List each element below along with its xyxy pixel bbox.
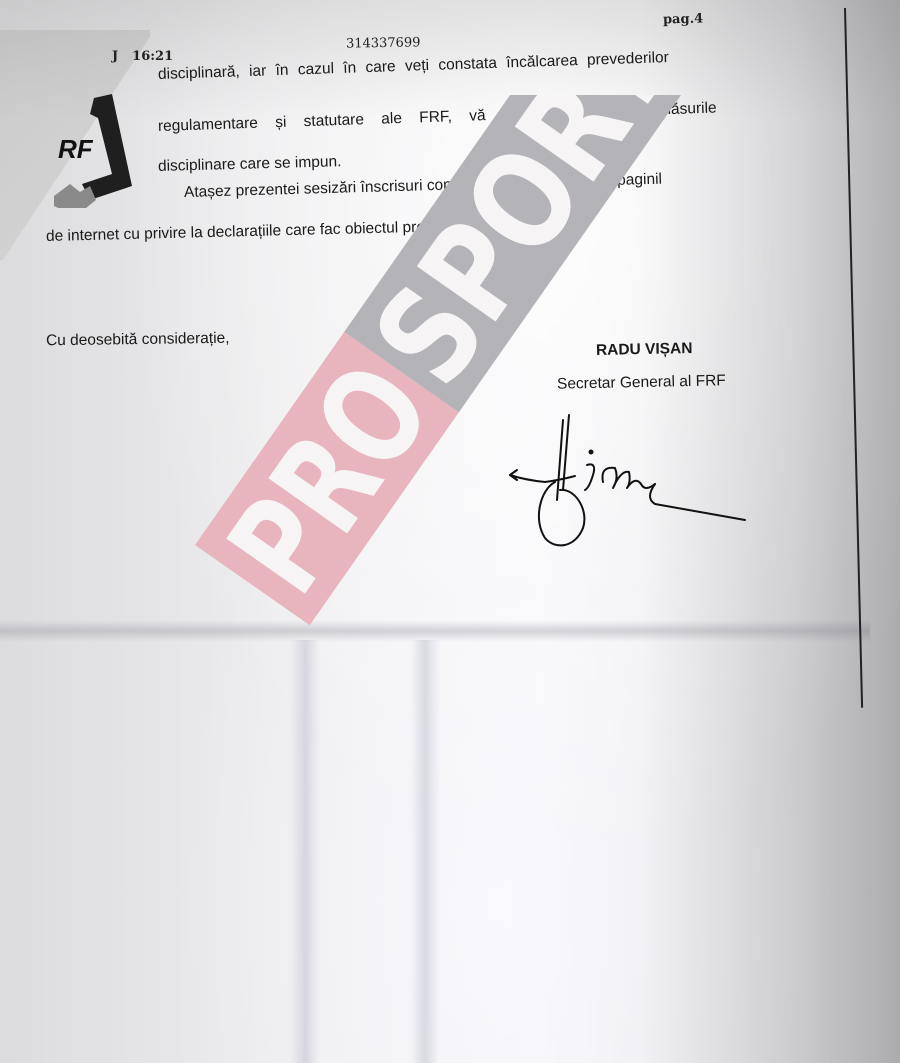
signature-icon	[505, 410, 755, 560]
fax-number: 314337699	[346, 35, 421, 51]
fax-mark: J	[112, 49, 118, 64]
frf-logo-icon: RF	[46, 88, 136, 208]
paper-streak	[290, 640, 320, 1063]
signer-title: Secretar General al FRF	[557, 372, 726, 394]
paper-streak	[410, 640, 440, 1063]
paper-crease	[0, 620, 870, 642]
fax-time: 16:21	[132, 49, 173, 64]
closing-salutation: Cu deosebită considerație,	[46, 330, 230, 351]
signer-name: RADU VIȘAN	[596, 340, 693, 360]
page-number: pag.4	[663, 11, 704, 27]
fax-header-time: J16:21	[112, 49, 173, 64]
logo-text: RF	[58, 134, 94, 164]
